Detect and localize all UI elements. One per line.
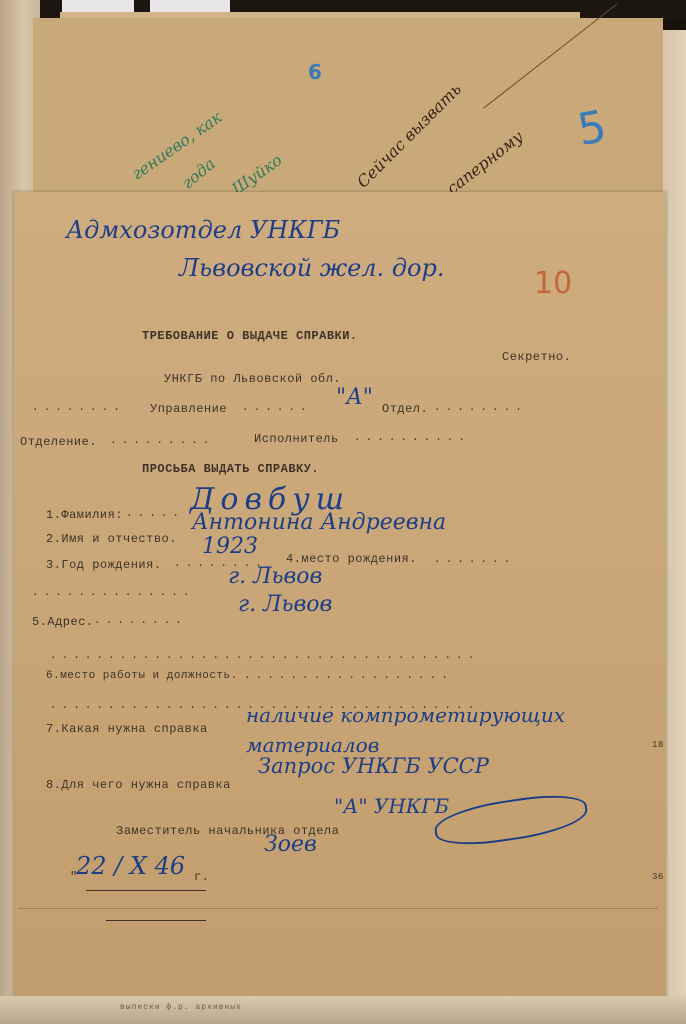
form-title: ТРЕБОВАНИЕ О ВЫДАЧЕ СПРАВКИ.	[142, 329, 358, 343]
back-sheet: 6 гениево, как года Шуйко Сейчас вызвать…	[33, 18, 663, 218]
dotted-leader: ......	[242, 402, 312, 414]
classification-label: Секретно.	[502, 350, 571, 364]
field-5-value: г. Львов	[238, 592, 332, 617]
dotted-leader: ..................	[244, 670, 453, 682]
field-1-label: 1.Фамилия:	[46, 508, 123, 522]
otdel-label: Отдел.	[382, 402, 428, 416]
field-2-label: 2.Имя и отчество.	[46, 532, 177, 546]
section-label: Отделение.	[20, 435, 97, 449]
page-number-stamp: 6	[308, 60, 322, 84]
agency-label: УНКГБ по Львовской обл.	[164, 372, 341, 386]
dotted-leader: .........	[110, 435, 214, 447]
dotted-leader: ........	[434, 402, 527, 414]
green-note-line-2: года	[178, 154, 219, 193]
dotted-leader: ..........	[354, 432, 470, 444]
dotted-leader: .......	[434, 554, 515, 566]
department-label: Управление	[150, 402, 227, 416]
date-underline	[86, 890, 206, 891]
dotted-leader: ..............	[32, 587, 194, 599]
bottom-strip-text: выписки ф.р. архивных	[120, 1003, 242, 1012]
field-5-label: 5.Адрес.	[32, 615, 94, 629]
field-7-value: наличие компрометирующих материалов	[246, 700, 646, 760]
brown-note-line-1: Сейчас вызвать	[353, 79, 465, 191]
field-3-value: 1923	[202, 534, 258, 559]
addressee-line-1: Адмхозотдел УНКГБ	[66, 216, 340, 244]
blue-marker-number: 5	[574, 101, 610, 156]
field-2-value: Антонина Андреевна	[192, 510, 446, 535]
department-value: "А"	[336, 385, 373, 410]
dotted-leader: ........	[32, 402, 125, 414]
request-heading: ПРОСЬБА ВЫДАТЬ СПРАВКУ.	[142, 462, 319, 476]
dotted-leader: ........	[94, 615, 187, 627]
diagonal-line	[483, 3, 618, 108]
dotted-leader: .....	[126, 508, 184, 520]
number-underline	[106, 920, 206, 921]
fold-line	[18, 908, 658, 909]
bottom-underlying-sheet	[0, 996, 686, 1024]
signature-handwritten-name: Зоев	[264, 832, 317, 857]
date-suffix: г.	[194, 870, 209, 884]
field-6-label: 6.место работы и должность.	[46, 670, 238, 682]
field-8-label: 8.Для чего нужна справка	[46, 778, 231, 792]
red-pencil-number: 10	[534, 266, 572, 301]
right-margin-mark-1: 18	[652, 740, 664, 750]
signature-flourish	[432, 789, 590, 850]
dotted-leader: .....................................	[50, 650, 479, 662]
field-7-label: 7.Какая нужна справка	[46, 722, 208, 736]
addressee-line-2: Львовской жел. дор.	[179, 254, 444, 282]
request-form-sheet: Адмхозотдел УНКГБ Львовской жел. дор. 10…	[14, 192, 666, 1002]
executor-label: Исполнитель	[254, 432, 339, 446]
field-8-value: Запрос УНКГБ УССР	[258, 754, 489, 778]
field-3-label: 3.Год рождения.	[46, 558, 162, 572]
date-handwritten: 22 / X 46	[76, 852, 185, 880]
brown-note-line-2: саперному	[443, 127, 527, 198]
field-4-value: г. Львов	[228, 564, 322, 589]
right-margin-mark-2: 36	[652, 872, 664, 882]
signature-handwritten-title: "А" УНКГБ	[334, 794, 449, 818]
